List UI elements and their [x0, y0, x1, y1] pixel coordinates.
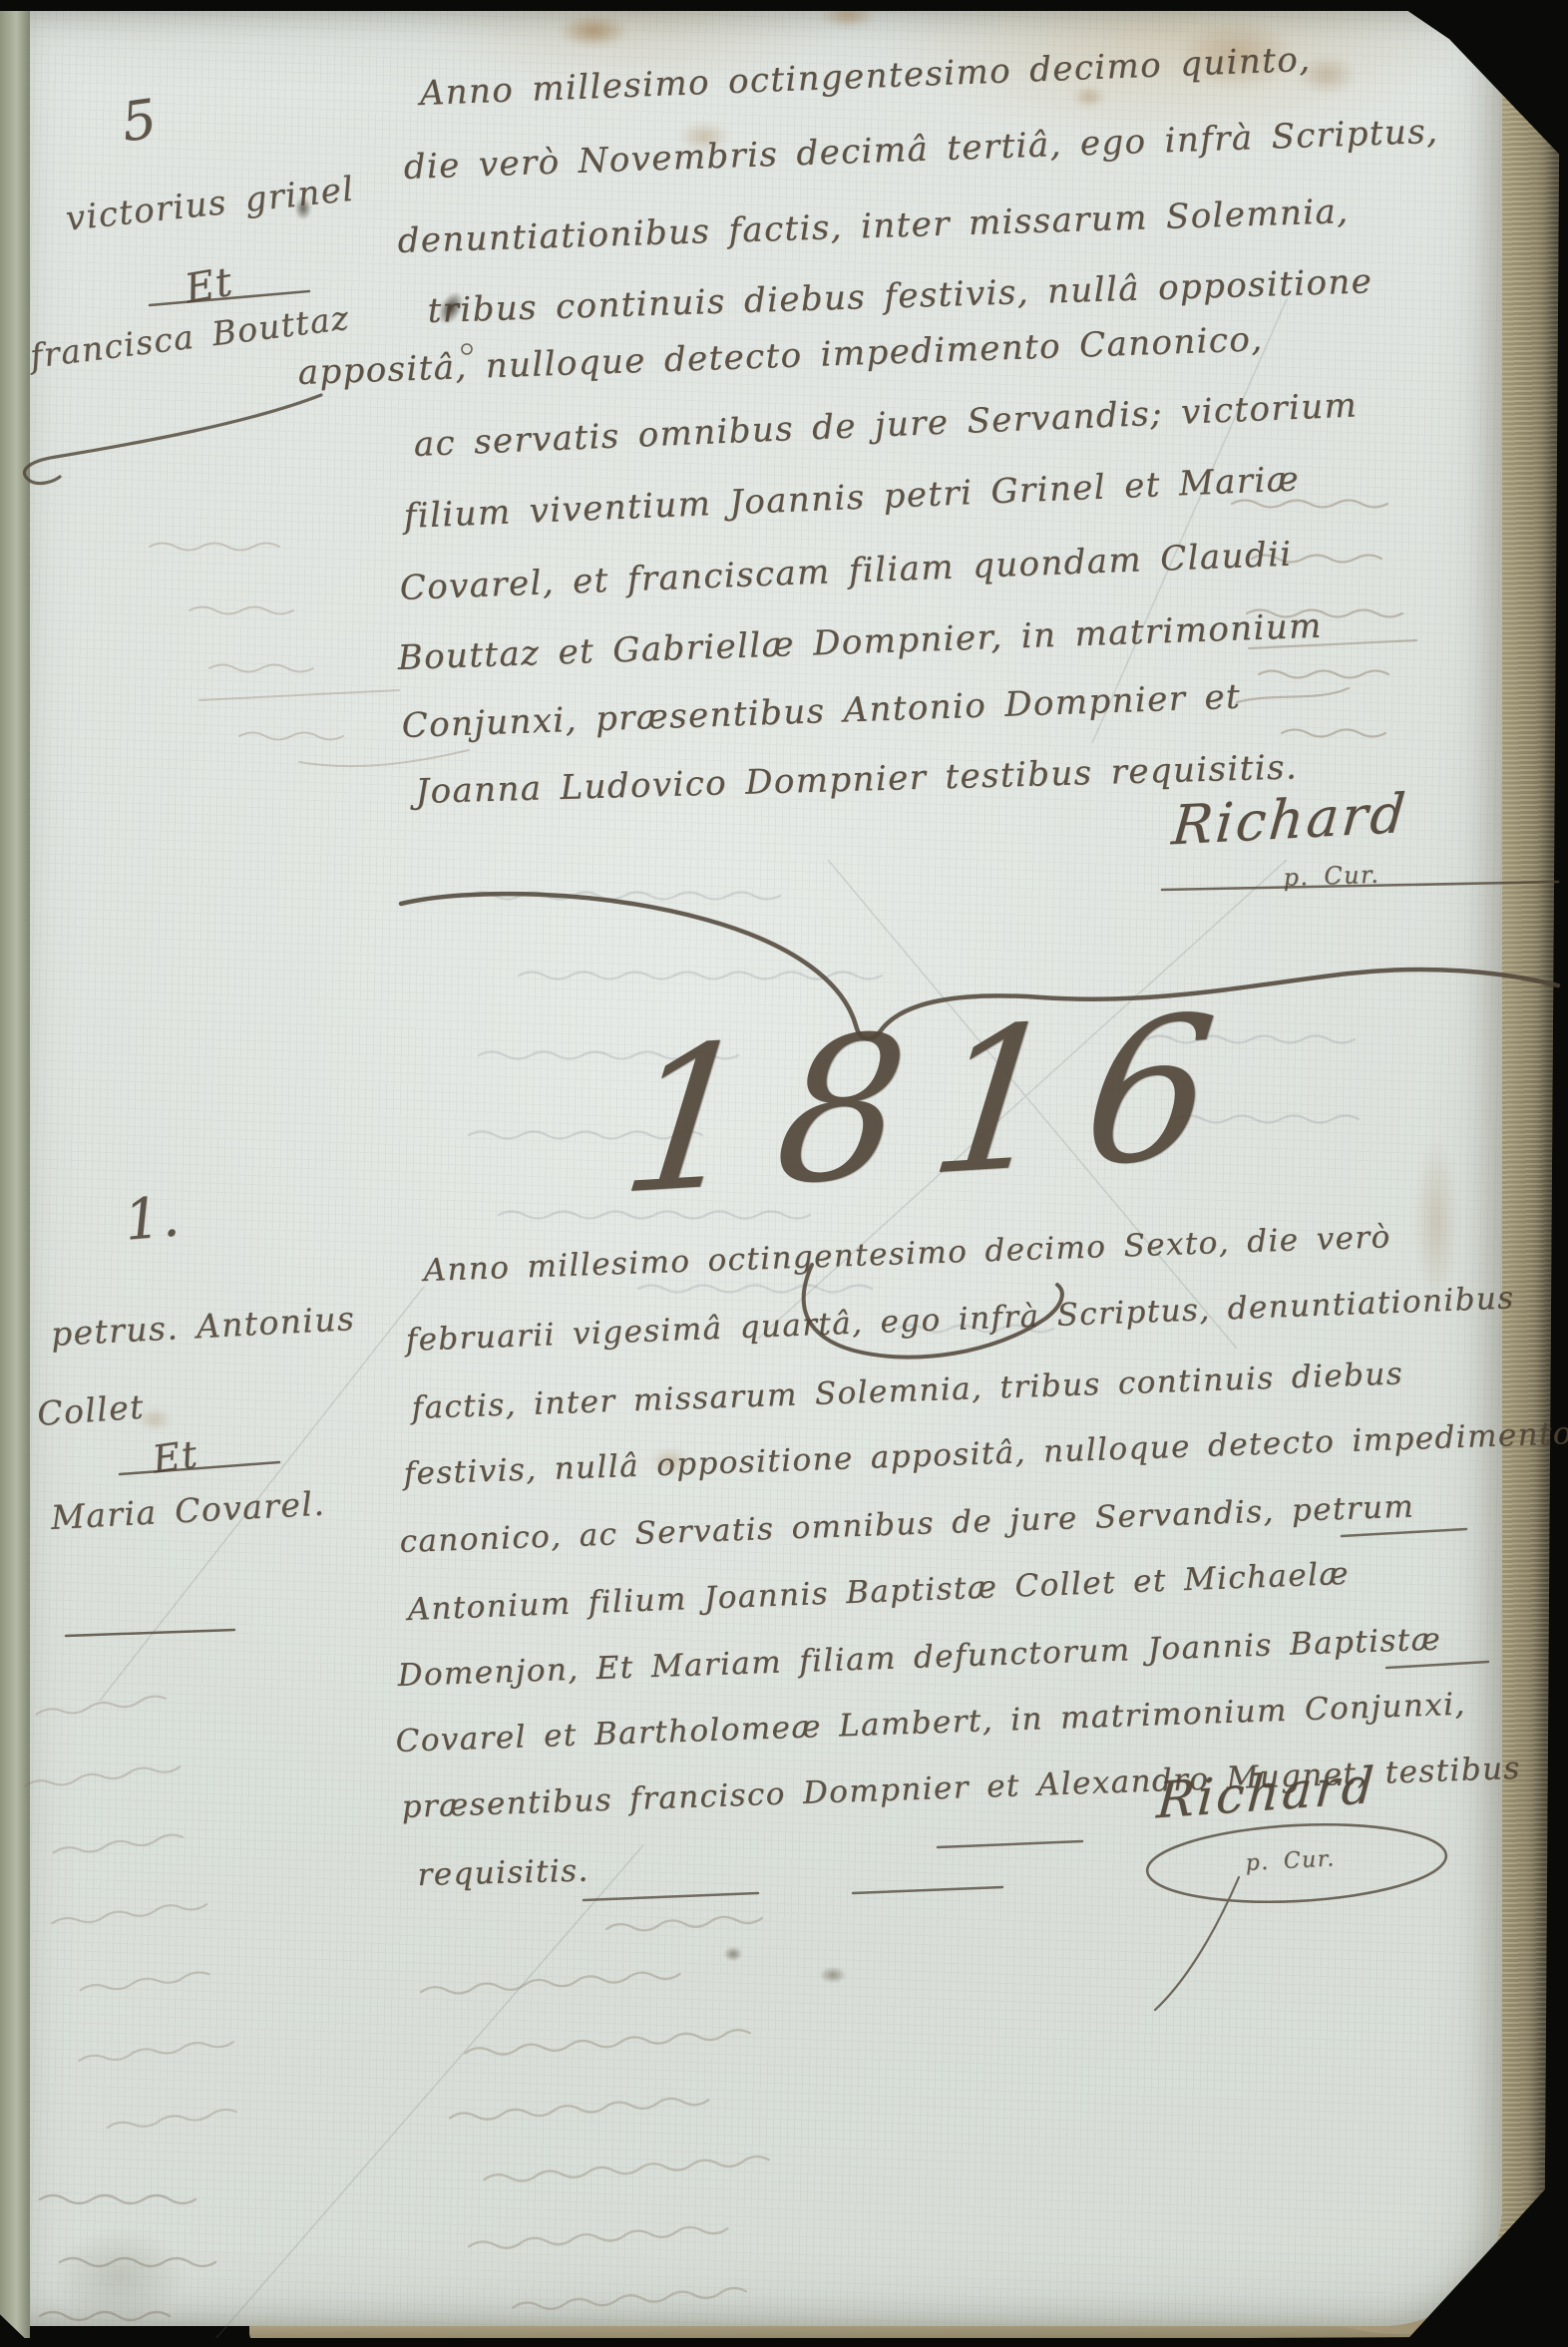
entry-number: 1. [122, 1184, 184, 1254]
entry-body-line: requisitis. [417, 1852, 589, 1892]
conjunction-et: Et [150, 1432, 200, 1482]
scan-background-edge [0, 0, 1568, 11]
priest-signature-title: p. Cur. [1283, 861, 1380, 892]
stain [1072, 86, 1106, 108]
stain [559, 14, 628, 48]
ink-spot [724, 1947, 742, 1961]
year-heading: 1816 [612, 972, 1255, 1239]
scanned-register-page: 5 victorius grinel Et francisca Bouttaz … [0, 0, 1568, 2347]
binding-gutter [0, 6, 30, 2340]
stain [1414, 1137, 1458, 1307]
conjunction-et: Et [182, 259, 236, 313]
priest-signature-title: p. Cur. [1245, 1846, 1336, 1876]
scan-background-edge [0, 2338, 1568, 2347]
priest-signature: Richard [1169, 782, 1410, 858]
groom-name-line2: Collet [36, 1387, 146, 1433]
ink-spot [820, 1967, 846, 1983]
stain [55, 2229, 185, 2324]
